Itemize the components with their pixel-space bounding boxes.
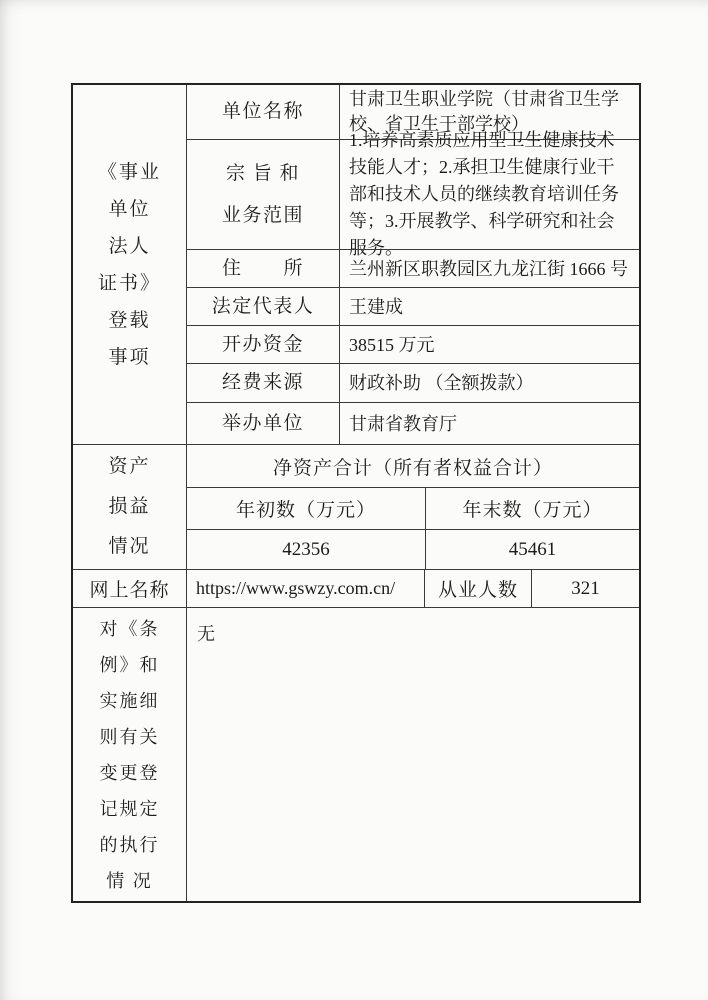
table-row-assets-column-headers: 年初数（万元） 年末数（万元） xyxy=(187,487,639,529)
begin-of-year-value: 42356 xyxy=(187,530,425,569)
legal-representative-label: 法定代表人 xyxy=(187,288,339,325)
funding-source-value: 财政补助 （全额拨款） xyxy=(339,364,639,402)
table-row-address: 住 所 兰州新区职教园区九龙江街 1666 号 xyxy=(187,249,639,287)
online-name-label: 网上名称 xyxy=(73,570,186,607)
certificate-section-header: 《事业 单位 法人 证书》 登载 事项 xyxy=(73,85,186,444)
compliance-value: 无 xyxy=(186,608,639,901)
certificate-section: 《事业 单位 法人 证书》 登载 事项 单位名称 甘肃卫生职业学院（甘肃省卫生学… xyxy=(73,85,639,444)
registration-table: 《事业 单位 法人 证书》 登载 事项 单位名称 甘肃卫生职业学院（甘肃省卫生学… xyxy=(71,83,641,903)
table-row-net-assets-title: 净资产合计（所有者权益合计） xyxy=(187,445,639,487)
organizer-label: 举办单位 xyxy=(187,403,339,445)
online-name-url: https://www.gswzy.com.cn/ xyxy=(186,570,424,607)
begin-of-year-header: 年初数（万元） xyxy=(187,488,425,529)
opening-capital-value: 38515 万元 xyxy=(339,326,639,363)
assets-section: 资产 损益 情况 净资产合计（所有者权益合计） 年初数（万元） 年末数（万元） … xyxy=(73,444,639,569)
certificate-section-body: 单位名称 甘肃卫生职业学院（甘肃省卫生学校、省卫生干部学校） 宗 旨 和 业务范… xyxy=(186,85,639,444)
scanned-document-page: 《事业 单位 法人 证书》 登载 事项 单位名称 甘肃卫生职业学院（甘肃省卫生学… xyxy=(0,0,708,1000)
assets-section-header: 资产 损益 情况 xyxy=(73,445,186,569)
legal-representative-value: 王建成 xyxy=(339,288,639,325)
opening-capital-label: 开办资金 xyxy=(187,326,339,363)
net-assets-total-label: 净资产合计（所有者权益合计） xyxy=(187,445,639,487)
table-row-opening-capital: 开办资金 38515 万元 xyxy=(187,325,639,363)
end-of-year-header: 年末数（万元） xyxy=(425,488,639,529)
mission-scope-value: 1.培养高素质应用型卫生健康技术技能人才；2.承担卫生健康行业干部和技术人员的继… xyxy=(339,140,639,249)
table-row-legal-representative: 法定代表人 王建成 xyxy=(187,287,639,325)
table-row-assets-values: 42356 45461 xyxy=(187,529,639,569)
online-name-row: 网上名称 https://www.gswzy.com.cn/ 从业人数 321 xyxy=(73,569,639,607)
address-label: 住 所 xyxy=(187,250,339,287)
staff-count-value: 321 xyxy=(531,570,639,607)
table-row-mission-scope: 宗 旨 和 业务范围 1.培养高素质应用型卫生健康技术技能人才；2.承担卫生健康… xyxy=(187,139,639,249)
staff-count-label: 从业人数 xyxy=(424,570,531,607)
unit-name-label: 单位名称 xyxy=(187,85,339,139)
mission-scope-label: 宗 旨 和 业务范围 xyxy=(187,140,339,249)
address-value: 兰州新区职教园区九龙江街 1666 号 xyxy=(339,250,639,287)
compliance-section: 对《条 例》和 实施细 则有关 变更登 记规定 的执行 情 况 无 xyxy=(73,607,639,901)
compliance-section-header: 对《条 例》和 实施细 则有关 变更登 记规定 的执行 情 况 xyxy=(73,608,186,901)
assets-section-body: 净资产合计（所有者权益合计） 年初数（万元） 年末数（万元） 42356 454… xyxy=(186,445,639,569)
end-of-year-value: 45461 xyxy=(425,530,639,569)
table-row-funding-source: 经费来源 财政补助 （全额拨款） xyxy=(187,363,639,402)
table-row-organizer: 举办单位 甘肃省教育厅 xyxy=(187,402,639,445)
organizer-value: 甘肃省教育厅 xyxy=(339,403,639,445)
funding-source-label: 经费来源 xyxy=(187,364,339,402)
